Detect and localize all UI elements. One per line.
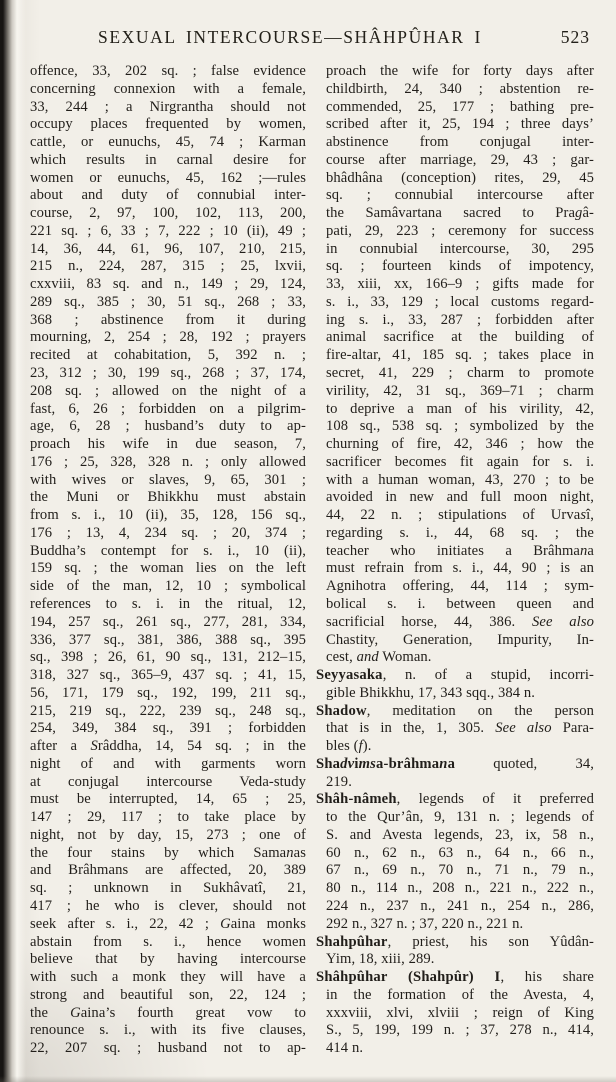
index-column-right: proach the wife for forty days afterchil… — [316, 63, 594, 1058]
index-line: sq. ; connubial intercourse after — [316, 187, 594, 205]
index-line: offence, 33, 202 sq. ; false evidence — [30, 63, 306, 81]
index-line: bolical s. i. between queen and — [316, 596, 594, 614]
index-line: 414 n. — [316, 1040, 594, 1058]
index-entry-headline: Shadow, meditation on the person — [316, 703, 594, 721]
index-line: to deprive a man of his virility, 42, — [316, 401, 594, 419]
index-line: with a human woman, 43, 270 ; to be — [316, 472, 594, 490]
index-line: 44, 22 n. ; stipulations of Urvasî, — [316, 507, 594, 525]
index-line: secret, 41, 229 ; charm to promote — [316, 365, 594, 383]
index-line: in the formation of the Avesta, 4, — [316, 987, 594, 1005]
index-line: 22, 207 sq. ; husband not to ap- — [30, 1040, 306, 1058]
index-line: with such a monk they will have a — [30, 969, 306, 987]
index-line: references to s. i. in the ritual, 12, — [30, 596, 306, 614]
index-line: animal sacrifice at the building of — [316, 329, 594, 347]
index-line: 108 sq., 538 sq. ; symbolized by the — [316, 418, 594, 436]
index-line: 254, 349, 384 sq., 391 ; forbidden — [30, 720, 306, 738]
index-line: S. and Avesta legends, 23, ix, 58 n., — [316, 827, 594, 845]
index-line: 215, 219 sq., 222, 239 sq., 248 sq., — [30, 703, 306, 721]
index-line: avoided in new and full moon night, — [316, 489, 594, 507]
index-line: course, 2, 97, 100, 102, 113, 200, — [30, 205, 306, 223]
index-line: the Samâvartana sacred to Pragâ- — [316, 205, 594, 223]
index-line: women or eunuchs, 45, 162 ;—rules — [30, 170, 306, 188]
index-line: sq., 398 ; 26, 61, 90 sq., 131, 212–15, — [30, 649, 306, 667]
index-line: 221 sq. ; 6, 33 ; 7, 222 ; 10 (ii), 49 ; — [30, 223, 306, 241]
index-line: night, not by day, 15, 273 ; one of — [30, 827, 306, 845]
index-line: s. i., 33, 129 ; local customs regard- — [316, 294, 594, 312]
index-line: 176 ; 25, 328, 328 n. ; only allowed — [30, 454, 306, 472]
index-line: Agnihotra offering, 44, 114 ; sym- — [316, 578, 594, 596]
index-line: sacrificer becomes fit again for s. i. — [316, 454, 594, 472]
index-line: about and duty of connubial inter- — [30, 187, 306, 205]
index-line: bhâdhâna (conception) rites, 29, 45 — [316, 170, 594, 188]
index-line: Yim, 18, xiii, 289. — [316, 951, 594, 969]
index-line: and Brâhmans are affected, 20, 389 — [30, 862, 306, 880]
index-line: ing s. i., 33, 287 ; forbidden after — [316, 312, 594, 330]
index-line: xxxviii, xlvi, xlviii ; reign of King — [316, 1005, 594, 1023]
index-line: at conjugal intercourse Veda-study — [30, 774, 306, 792]
index-entry-headline: Shâhpûhar (Shahpûr) I, his share — [316, 969, 594, 987]
book-page: SEXUAL INTERCOURSE—SHÂHPÛHAR I 523 offen… — [0, 0, 616, 1082]
index-line: the four stains by which Samanas — [30, 845, 306, 863]
index-column-left: offence, 33, 202 sq. ; false evidencecon… — [30, 63, 306, 1058]
index-line: 289 sq., 385 ; 30, 51 sq., 268 ; 33, — [30, 294, 306, 312]
index-line: 80 n., 114 n., 208 n., 221 n., 222 n., — [316, 880, 594, 898]
index-line: cattle, or eunuchs, 45, 74 ; Karman — [30, 134, 306, 152]
index-line: fast, 6, 26 ; forbidden on a pilgrim- — [30, 401, 306, 419]
index-line: that is in the, 1, 305. See also Para- — [316, 720, 594, 738]
page-number: 523 — [561, 27, 590, 48]
index-line: 67 n., 69 n., 70 n., 71 n., 79 n., — [316, 862, 594, 880]
index-line: S., 5, 199, 199 n. ; 37, 278 n., 414, — [316, 1022, 594, 1040]
index-line: 33, 244 ; a Nirgrantha should not — [30, 99, 306, 117]
index-line: regarding s. i., 44, 68 sq. ; the — [316, 525, 594, 543]
index-line: renounce s. i., with its five clauses, — [30, 1022, 306, 1040]
index-line: churning of fire, 42, 346 ; how the — [316, 436, 594, 454]
index-line: proach the wife for forty days after — [316, 63, 594, 81]
index-line: to the Qur’ân, 9, 131 n. ; legends of — [316, 809, 594, 827]
index-line: must be interrupted, 14, 65 ; 25, — [30, 791, 306, 809]
index-line: cxxviii, 83 sq. and n., 149 ; 29, 124, — [30, 276, 306, 294]
index-line: which results in carnal desire for — [30, 152, 306, 170]
scan-bottom-edge — [0, 1076, 616, 1082]
index-line: side of the man, 12, 10 ; symbolical — [30, 578, 306, 596]
index-line: night of and with garments worn — [30, 756, 306, 774]
index-line: pati, 29, 223 ; ceremony for success — [316, 223, 594, 241]
index-line: 194, 257 sq., 261 sq., 277, 281, 334, — [30, 614, 306, 632]
index-line: seek after s. i., 22, 42 ; Gaina monks — [30, 916, 306, 934]
scan-left-edge — [0, 0, 26, 1082]
index-line: 215 n., 224, 287, 315 ; 25, lxvii, — [30, 258, 306, 276]
index-line: sq. ; fourteen kinds of impotency, — [316, 258, 594, 276]
index-line: 417 ; he who is clever, should not — [30, 898, 306, 916]
index-line: scribed after it, 25, 194 ; three days’ — [316, 116, 594, 134]
index-line: 368 ; abstinence from it during — [30, 312, 306, 330]
index-line: virility, 42, 31 sq., 369–71 ; charm — [316, 383, 594, 401]
index-line: from s. i., 10 (ii), 35, 128, 156 sq., — [30, 507, 306, 525]
index-entry-headline: Shahpûhar, priest, his son Yûdân- — [316, 934, 594, 952]
index-line: strong and beautiful son, 22, 124 ; — [30, 987, 306, 1005]
index-line: 56, 171, 179 sq., 192, 199, 211 sq., — [30, 685, 306, 703]
page-header: SEXUAL INTERCOURSE—SHÂHPÛHAR I 523 — [30, 27, 590, 51]
index-line: cest, and Woman. — [316, 649, 594, 667]
index-line: 208 sq. ; allowed on the night of a — [30, 383, 306, 401]
index-line: Chastity, Generation, Impurity, In- — [316, 632, 594, 650]
index-line: 33, xiii, xx, 166–9 ; gifts made for — [316, 276, 594, 294]
index-line: course after marriage, 29, 43 ; gar- — [316, 152, 594, 170]
index-line: 219. — [316, 774, 594, 792]
index-line: occupy places frequented by women, — [30, 116, 306, 134]
index-line: 224 n., 237 n., 241 n., 254 n., 286, — [316, 898, 594, 916]
index-line: 23, 312 ; 30, 199 sq., 268 ; 37, 174, — [30, 365, 306, 383]
index-line: with wives or slaves, 9, 65, 301 ; — [30, 472, 306, 490]
index-line: believe that by having intercourse — [30, 951, 306, 969]
index-line: gible Bhikkhu, 17, 343 sqq., 384 n. — [316, 685, 594, 703]
index-line: abstinence from conjugal inter- — [316, 134, 594, 152]
index-line: in connubial intercourse, 30, 295 — [316, 241, 594, 259]
index-line: recited at cohabitation, 5, 392 n. ; — [30, 347, 306, 365]
index-entry-headline: Shâh-nâmeh, legends of it preferred — [316, 791, 594, 809]
index-line: 336, 377 sq., 381, 386, 388 sq., 395 — [30, 632, 306, 650]
index-line: commended, 25, 177 ; bathing pre- — [316, 99, 594, 117]
index-line: childbirth, 24, 340 ; abstention re- — [316, 81, 594, 99]
index-line: 159 sq. ; the woman lies on the left — [30, 560, 306, 578]
index-line: Buddha’s contempt for s. i., 10 (ii), — [30, 543, 306, 561]
index-line: must refrain from s. i., 44, 90 ; is an — [316, 560, 594, 578]
index-line: sacrificial horse, 44, 386. See also — [316, 614, 594, 632]
index-line: abstain from s. i., hence women — [30, 934, 306, 952]
index-line: 176 ; 13, 4, 234 sq. ; 20, 374 ; — [30, 525, 306, 543]
index-line: mourning, 2, 254 ; 28, 192 ; prayers — [30, 329, 306, 347]
index-line: 147 ; 29, 117 ; to take place by — [30, 809, 306, 827]
index-entry-headline: Seyyasaka, n. of a stupid, incorri- — [316, 667, 594, 685]
index-line: teacher who initiates a Brâhmana — [316, 543, 594, 561]
index-line: proach his wife in due season, 7, — [30, 436, 306, 454]
index-line: 292 n., 327 n. ; 37, 220 n., 221 n. — [316, 916, 594, 934]
running-title: SEXUAL INTERCOURSE—SHÂHPÛHAR I — [30, 27, 550, 48]
index-line: 14, 36, 44, 61, 96, 107, 210, 215, — [30, 241, 306, 259]
index-line: 60 n., 62 n., 63 n., 64 n., 66 n., — [316, 845, 594, 863]
index-line: concerning connexion with a female, — [30, 81, 306, 99]
index-line: bles (f). — [316, 738, 594, 756]
index-line: fire-altar, 41, 185 sq. ; takes place in — [316, 347, 594, 365]
index-line: after a Srâddha, 14, 54 sq. ; in the — [30, 738, 306, 756]
index-line: 318, 327 sq., 365–9, 437 sq. ; 41, 15, — [30, 667, 306, 685]
index-line: age, 6, 28 ; husband’s duty to ap- — [30, 418, 306, 436]
index-line: the Gaina’s fourth great vow to — [30, 1005, 306, 1023]
index-line: the Muni or Bhikkhu must abstain — [30, 489, 306, 507]
index-entry-headline: Shadvimsa-brâhmana quoted, 34, — [316, 756, 594, 774]
index-line: sq. ; unknown in Sukhâvatî, 21, — [30, 880, 306, 898]
